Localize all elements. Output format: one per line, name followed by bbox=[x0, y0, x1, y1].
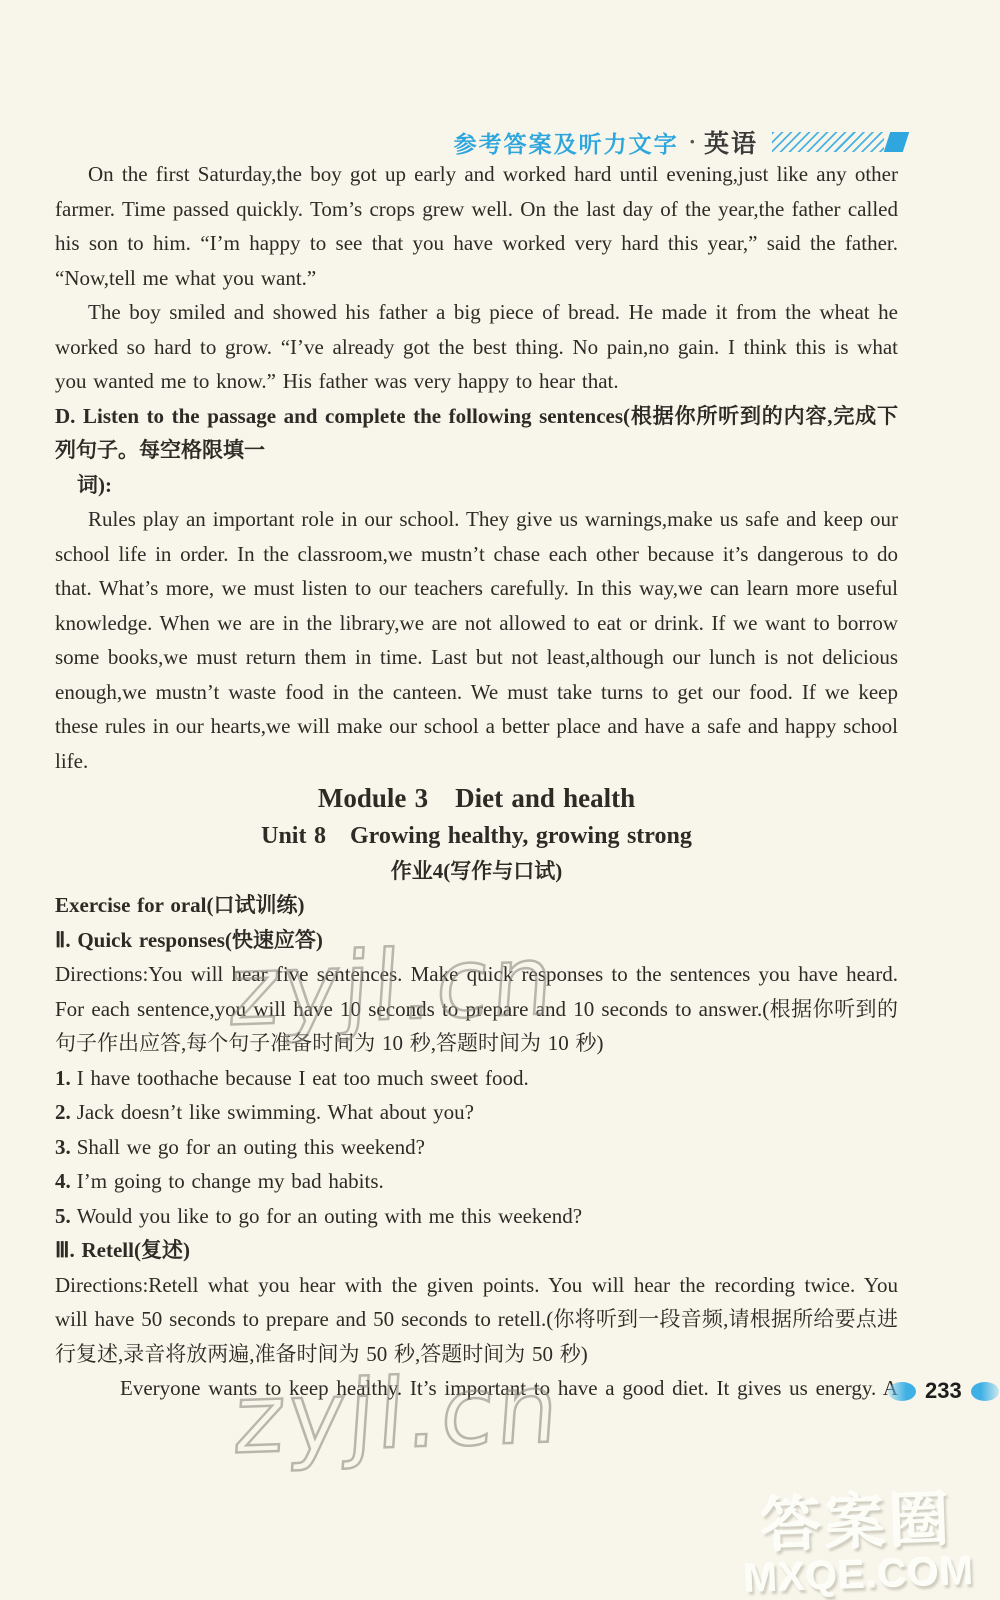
page-number-row: 233 bbox=[888, 1378, 999, 1404]
listening-paragraph-1: On the first Saturday,the boy got up ear… bbox=[55, 157, 898, 295]
listening-paragraph-2: The boy smiled and showed his father a b… bbox=[55, 295, 898, 399]
item-text: I have toothache because I eat too much … bbox=[77, 1066, 529, 1090]
header-title: 参考答案及听力文字 bbox=[454, 126, 679, 159]
page-content: On the first Saturday,the boy got up ear… bbox=[55, 157, 898, 1406]
item-number: 2. bbox=[55, 1100, 71, 1124]
list-item: 2.Jack doesn’t like swimming. What about… bbox=[55, 1095, 898, 1130]
section-d-line1: D. Listen to the passage and complete th… bbox=[55, 399, 898, 468]
homework-title: 作业4(写作与口试) bbox=[55, 854, 898, 888]
retell-directions: Directions:Retell what you hear with the… bbox=[55, 1268, 898, 1372]
header-subject-label: 英语 bbox=[704, 124, 758, 160]
quick-responses-directions: Directions:You will hear five sentences.… bbox=[55, 957, 898, 1061]
page-number: 233 bbox=[925, 1378, 962, 1404]
stripe-end-cap-decoration bbox=[884, 132, 909, 152]
quick-responses-list: 1.I have toothache because I eat too muc… bbox=[55, 1061, 898, 1234]
header-separator-dot: · bbox=[689, 129, 696, 155]
brand-watermark-name: 答案圈 bbox=[726, 1487, 988, 1558]
unit-title: Unit 8 Growing healthy, growing strong bbox=[55, 818, 898, 854]
item-number: 5. bbox=[55, 1204, 71, 1228]
retell-passage-start: Everyone wants to keep healthy. It’s imp… bbox=[55, 1371, 898, 1406]
item-text: Jack doesn’t like swimming. What about y… bbox=[77, 1100, 474, 1124]
brand-watermark: 答案圈 MXQE.COM bbox=[726, 1487, 989, 1600]
list-item: 4.I’m going to change my bad habits. bbox=[55, 1164, 898, 1199]
list-item: 3.Shall we go for an outing this weekend… bbox=[55, 1130, 898, 1165]
item-text: Shall we go for an outing this weekend? bbox=[77, 1135, 425, 1159]
item-number: 1. bbox=[55, 1066, 71, 1090]
teardrop-left-decoration bbox=[888, 1382, 916, 1401]
item-text: Would you like to go for an outing with … bbox=[77, 1204, 582, 1228]
list-item: 1.I have toothache because I eat too muc… bbox=[55, 1061, 898, 1096]
list-item: 5.Would you like to go for an outing wit… bbox=[55, 1199, 898, 1234]
quick-responses-heading: Ⅱ. Quick responses(快速应答) bbox=[55, 923, 898, 958]
exercise-for-oral-heading: Exercise for oral(口试训练) bbox=[55, 888, 898, 923]
rules-passage: Rules play an important role in our scho… bbox=[55, 502, 898, 778]
teardrop-right-decoration bbox=[971, 1382, 999, 1401]
section-d-line2: 词): bbox=[55, 468, 898, 503]
brand-watermark-site: MXQE.COM bbox=[728, 1549, 989, 1600]
hatched-stripes-decoration bbox=[772, 132, 884, 152]
item-number: 4. bbox=[55, 1169, 71, 1193]
retell-heading: Ⅲ. Retell(复述) bbox=[55, 1233, 898, 1268]
item-text: I’m going to change my bad habits. bbox=[77, 1169, 384, 1193]
item-number: 3. bbox=[55, 1135, 71, 1159]
section-d-heading: D. Listen to the passage and complete th… bbox=[55, 399, 898, 503]
module-title: Module 3 Diet and health bbox=[55, 778, 898, 818]
page-header: 参考答案及听力文字 · 英语 bbox=[0, 129, 906, 155]
